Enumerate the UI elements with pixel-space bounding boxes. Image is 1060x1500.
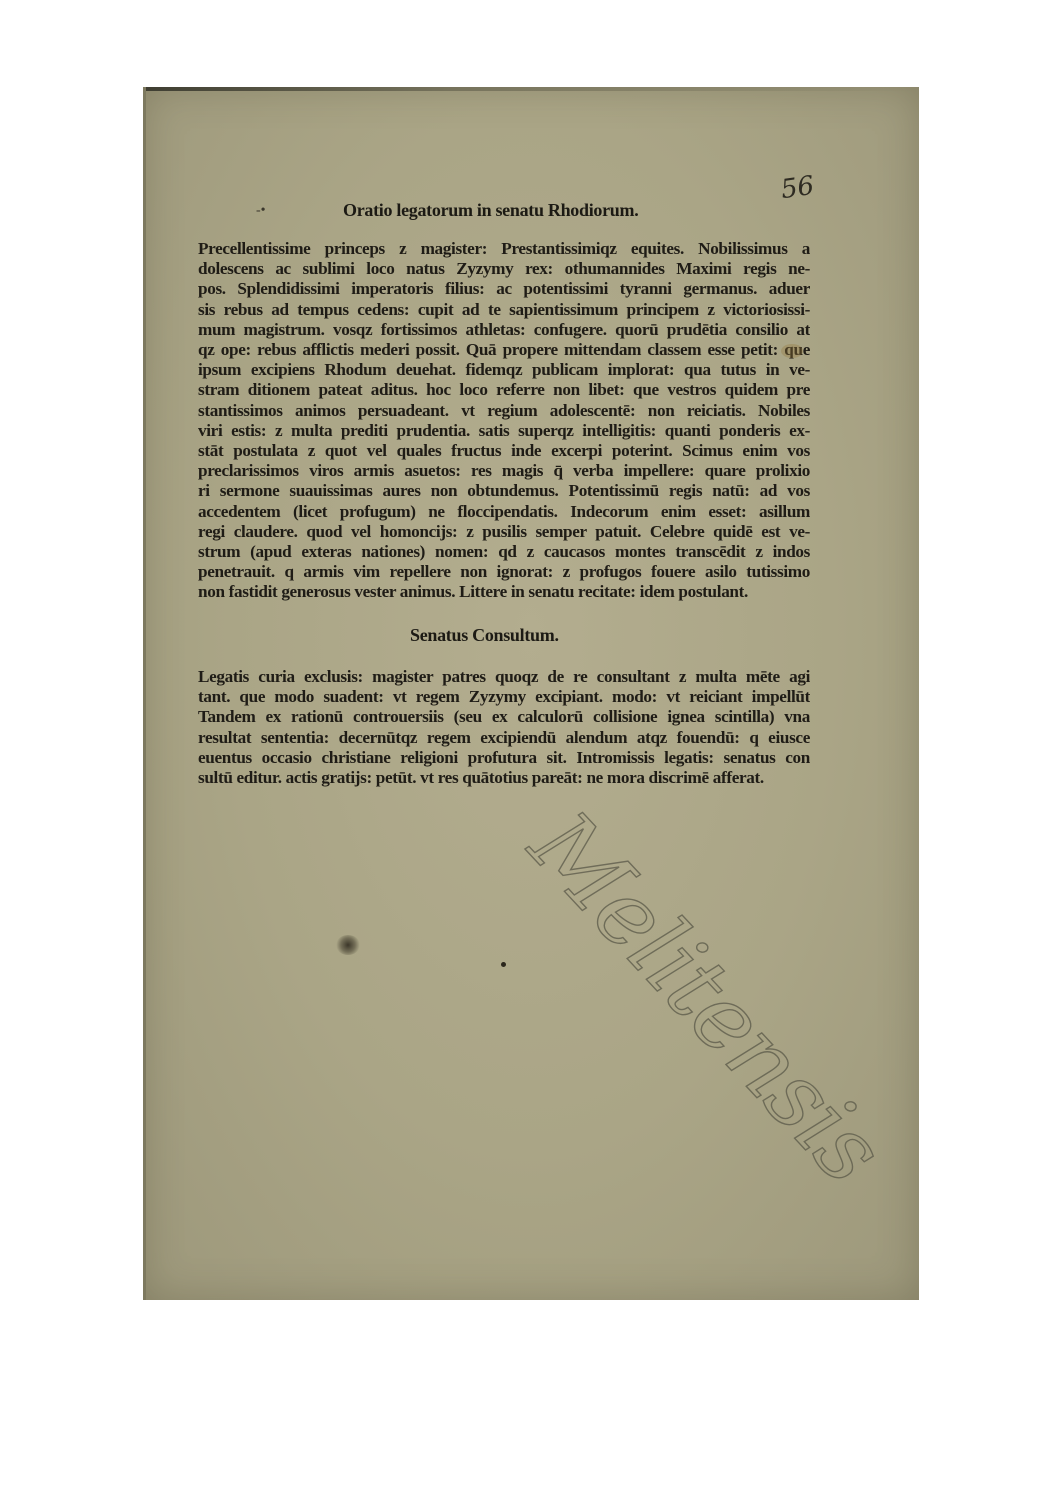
text-line: viri estis: z multa prediti prudentia. s…	[198, 421, 810, 441]
text-line: strum (apud exteras nationes) nomen: qd …	[198, 542, 810, 562]
oration-heading: Oratio legatorum in senatu Rhodiorum.	[343, 200, 638, 221]
text-line: sultū editur. actis gratijs: petūt. vt r…	[198, 768, 810, 788]
ink-blot	[336, 935, 360, 955]
text-line: non fastidit generosus vester animus. Li…	[198, 582, 810, 602]
scanned-page: -• 56 Oratio legatorum in senatu Rhodior…	[143, 87, 919, 1300]
margin-mark: -•	[256, 203, 266, 219]
section-heading: Senatus Consultum.	[410, 625, 559, 646]
text-line: pos. Splendidissimi imperatoris filius: …	[198, 279, 810, 299]
watermark: Melitensis	[510, 792, 903, 1203]
folio-number: 56	[779, 171, 816, 205]
text-line: accedentem (licet profugum) ne floccipen…	[198, 502, 810, 522]
text-line: penetrauit. q armis vim repellere non ig…	[198, 562, 810, 582]
text-line: mum magistrum. vosqz fortissimos athleta…	[198, 320, 810, 340]
text-line: stram ditionem pateat aditus. hoc loco r…	[198, 380, 810, 400]
text-line: stantissimos animos persuadeant. vt regi…	[198, 401, 810, 421]
text-line: Precellentissime princeps z magister: Pr…	[198, 239, 810, 259]
text-line: stāt postulata z quot vel quales fructus…	[198, 441, 810, 461]
ink-dot	[501, 962, 506, 967]
text-line: resultat sententia: decernūtqz regem exc…	[198, 728, 810, 748]
text-line: ri sermone suauissimas aures non obtunde…	[198, 481, 810, 501]
paper-stain	[781, 344, 803, 358]
text-line: regi claudere. quod vel homoncijs: z pus…	[198, 522, 810, 542]
text-line: Legatis curia exclusis: magister patres …	[198, 667, 810, 687]
oration-text: Precellentissime princeps z magister: Pr…	[198, 239, 810, 603]
text-line: euentus occasio christiane religioni pro…	[198, 748, 810, 768]
text-line: sis rebus ad tempus cedens: cupit ad te …	[198, 300, 810, 320]
text-line: dolescens ac sublimi loco natus Zyzymy r…	[198, 259, 810, 279]
text-line: ipsum excipiens Rhodum deuehat. fidemqz …	[198, 360, 810, 380]
text-line: tant. que modo suadent: vt regem Zyzymy …	[198, 687, 810, 707]
consultum-text: Legatis curia exclusis: magister patres …	[198, 667, 810, 788]
text-line: Tandem ex rationū controuersiis (seu ex …	[198, 707, 810, 727]
text-line: preclarissimos viros armis asuetos: res …	[198, 461, 810, 481]
text-line: qz ope: rebus afflictis mederi possit. Q…	[198, 340, 810, 360]
